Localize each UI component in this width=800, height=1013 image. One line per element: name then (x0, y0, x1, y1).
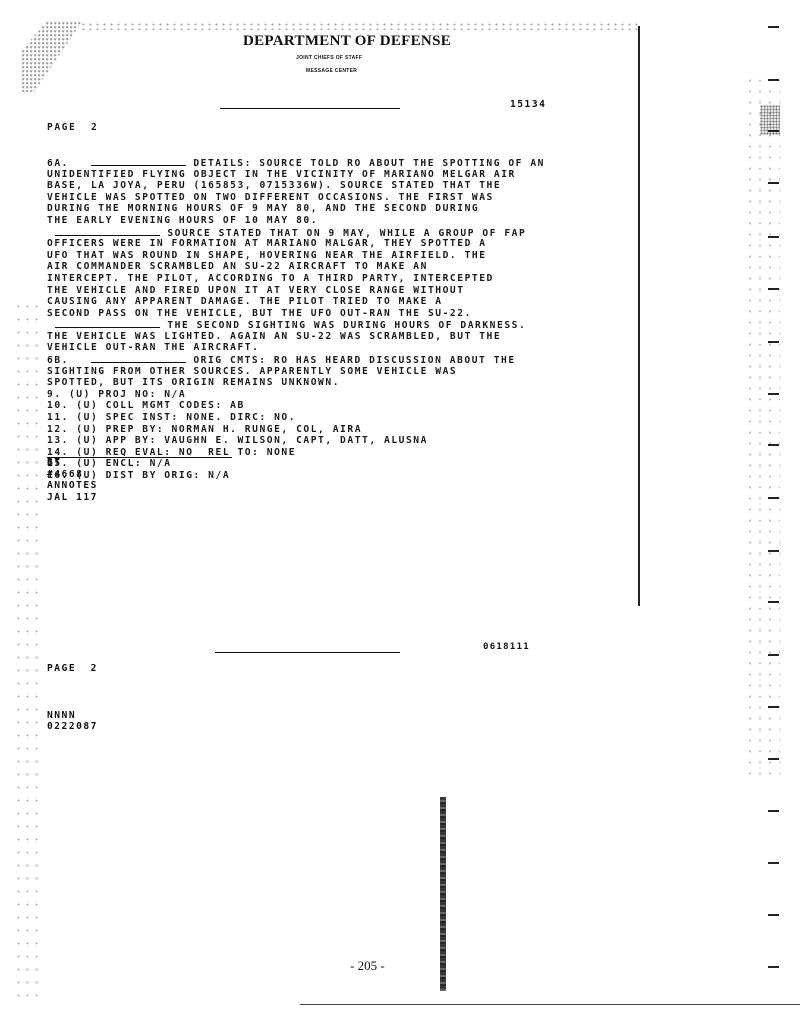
message-line-text: 13. (U) APP BY: VAUGHN E. WILSON, CAPT, … (47, 435, 428, 446)
margin-tick (768, 966, 779, 968)
message-line-text: INTERCEPT. THE PILOT, ACCORDING TO A THI… (47, 273, 494, 284)
scan-noise-corner (22, 22, 82, 92)
message-line: VEHICLE OUT-RAN THE AIRCRAFT. (47, 342, 545, 354)
message-line: DURING THE MORNING HOURS OF 9 MAY 80, AN… (47, 203, 545, 215)
message-line-text: VEHICLE WAS SPOTTED ON TWO DIFFERENT OCC… (47, 192, 494, 203)
message-line: 13. (U) APP BY: VAUGHN E. WILSON, CAPT, … (47, 435, 545, 447)
message-line-text: UFO THAT WAS ROUND IN SHAPE, HOVERING NE… (47, 250, 487, 261)
message-line: THE EARLY EVENING HOURS OF 10 MAY 80. (47, 215, 545, 227)
message-line: AIR COMMANDER SCRAMBLED AN SU-22 AIRCRAF… (47, 261, 545, 273)
message-line-text: OFFICERS WERE IN FORMATION AT MARIANO MA… (47, 238, 487, 249)
message-line-text: BASE, LA JOYA, PERU (165853, 0715336W). … (47, 180, 501, 191)
message-line-text: CAUSING ANY APPARENT DAMAGE. THE PILOT T… (47, 296, 443, 307)
margin-tick (768, 182, 779, 184)
trailer-line: ANNOTES (47, 480, 98, 492)
message-line: UFO THAT WAS ROUND IN SHAPE, HOVERING NE… (47, 250, 545, 262)
document-title: DEPARTMENT OF DEFENSE (243, 33, 451, 50)
margin-rule (638, 26, 640, 606)
message-line-text: THE EARLY EVENING HOURS OF 10 MAY 80. (47, 215, 318, 226)
message-line: THE VEHICLE WAS LIGHTED. AGAIN AN SU-22 … (47, 331, 545, 343)
message-line-text: DETAILS: SOURCE TOLD RO ABOUT THE SPOTTI… (186, 158, 545, 169)
message-line: CAUSING ANY APPARENT DAMAGE. THE PILOT T… (47, 296, 545, 308)
scan-noise-top (80, 22, 640, 30)
margin-tick (768, 862, 779, 864)
margin-tick (768, 914, 779, 916)
message-line: VEHICLE WAS SPOTTED ON TWO DIFFERENT OCC… (47, 192, 545, 204)
margin-tick (768, 444, 779, 446)
message-line-text: VEHICLE OUT-RAN THE AIRCRAFT. (47, 342, 259, 353)
message-line: 6B. ORIG CMTS: RO HAS HEARD DISCUSSION A… (47, 354, 545, 366)
message-line-text: THE SECOND SIGHTING WAS DURING HOURS OF … (160, 320, 526, 331)
message-line: 15. (U) ENCL: N/A (47, 458, 545, 470)
message-footer: PAGE 2 NNNN0222087 (47, 640, 98, 733)
redacted-blank (55, 319, 160, 328)
trailer-line: #4668 (47, 469, 98, 481)
message-line: SIGHTING FROM OTHER SOURCES. APPARENTLY … (47, 366, 545, 378)
redacted-blank (55, 227, 160, 236)
message-line: 10. (U) COLL MGMT CODES: AB (47, 400, 545, 412)
document-page: DEPARTMENT OF DEFENSE JOINT CHIEFS OF ST… (0, 0, 800, 1013)
message-line: UNIDENTIFIED FLYING OBJECT IN THE VICINI… (47, 169, 545, 181)
message-line: INTERCEPT. THE PILOT, ACCORDING TO A THI… (47, 273, 545, 285)
message-line-text: UNIDENTIFIED FLYING OBJECT IN THE VICINI… (47, 169, 516, 180)
message-line-text: AIR COMMANDER SCRAMBLED AN SU-22 AIRCRAF… (47, 261, 428, 272)
message-line-text: 11. (U) SPEC INST: NONE. DIRC: NO. (47, 412, 296, 423)
message-body: PAGE 2 6A. DETAILS: SOURCE TOLD RO ABOUT… (47, 99, 545, 482)
message-line-text: 9. (U) PROJ NO: N/A (47, 389, 186, 400)
message-line-text: SOURCE STATED THAT ON 9 MAY, WHILE A GRO… (160, 228, 526, 239)
date-time-group: 0618111 (483, 642, 530, 652)
message-line: OFFICERS WERE IN FORMATION AT MARIANO MA… (47, 238, 545, 250)
message-trailer: BT#4668ANNOTESJAL 117 (47, 457, 98, 503)
message-line-text: SPOTTED, BUT ITS ORIGIN REMAINS UNKNOWN. (47, 377, 340, 388)
message-line-text: DURING THE MORNING HOURS OF 9 MAY 80, AN… (47, 203, 479, 214)
message-line: 6A. DETAILS: SOURCE TOLD RO ABOUT THE SP… (47, 157, 545, 169)
redaction-rule (220, 108, 400, 109)
message-line: BASE, LA JOYA, PERU (165853, 0715336W). … (47, 180, 545, 192)
margin-tick (768, 26, 779, 28)
document-subtitle-agency: JOINT CHIEFS OF STAFF (296, 55, 362, 61)
message-line: THE VEHICLE AND FIRED UPON IT AT VERY CL… (47, 285, 545, 297)
margin-tick (768, 706, 779, 708)
message-line-text: SECOND PASS ON THE VEHICLE, BUT THE UFO … (47, 308, 472, 319)
trailer-line: JAL 117 (47, 492, 98, 504)
message-line-text: THE VEHICLE WAS LIGHTED. AGAIN AN SU-22 … (47, 331, 501, 342)
margin-tick (768, 130, 779, 132)
footer-rule (215, 652, 400, 653)
redacted-blank (91, 157, 186, 166)
message-line: SECOND PASS ON THE VEHICLE, BUT THE UFO … (47, 308, 545, 320)
message-line-text: ORIG CMTS: RO HAS HEARD DISCUSSION ABOUT… (186, 355, 516, 366)
scan-noise-right (745, 75, 780, 775)
scan-artifact-streak (440, 797, 446, 991)
margin-tick (768, 393, 779, 395)
message-line-text: SIGHTING FROM OTHER SOURCES. APPARENTLY … (47, 366, 457, 377)
message-line: THE SECOND SIGHTING WAS DURING HOURS OF … (47, 319, 545, 331)
margin-tick (768, 758, 779, 760)
bottom-rule (300, 1004, 800, 1005)
footer-page-line: PAGE 2 (47, 663, 98, 675)
document-subtitle-office: MESSAGE CENTER (306, 68, 357, 74)
scan-noise-left (14, 300, 44, 1000)
margin-tick (768, 497, 779, 499)
footer-line: 0222087 (47, 721, 98, 733)
message-line: SOURCE STATED THAT ON 9 MAY, WHILE A GRO… (47, 227, 545, 239)
trailer-line: BT (47, 457, 98, 469)
spacer (47, 698, 98, 710)
message-line: SPOTTED, BUT ITS ORIGIN REMAINS UNKNOWN. (47, 377, 545, 389)
margin-tick (768, 550, 779, 552)
margin-tick (768, 288, 779, 290)
message-line-text: THE VEHICLE AND FIRED UPON IT AT VERY CL… (47, 285, 465, 296)
margin-tick (768, 810, 779, 812)
redacted-blank (91, 354, 186, 363)
message-line: 11. (U) SPEC INST: NONE. DIRC: NO. (47, 412, 545, 424)
margin-tick (768, 236, 779, 238)
message-line-text: 10. (U) COLL MGMT CODES: AB (47, 400, 245, 411)
message-line: 9. (U) PROJ NO: N/A (47, 389, 545, 401)
message-line: 16. (U) DIST BY ORIG: N/A (47, 470, 545, 482)
message-line-text: 12. (U) PREP BY: NORMAN H. RUNGE, COL, A… (47, 424, 362, 435)
margin-tick (768, 654, 779, 656)
page-number: - 205 - (350, 958, 385, 974)
margin-tick (768, 79, 779, 81)
margin-tick (768, 601, 779, 603)
footer-line: NNNN (47, 710, 98, 722)
page-line: PAGE 2 (47, 122, 545, 134)
margin-tick (768, 341, 779, 343)
message-line: 12. (U) PREP BY: NORMAN H. RUNGE, COL, A… (47, 424, 545, 436)
